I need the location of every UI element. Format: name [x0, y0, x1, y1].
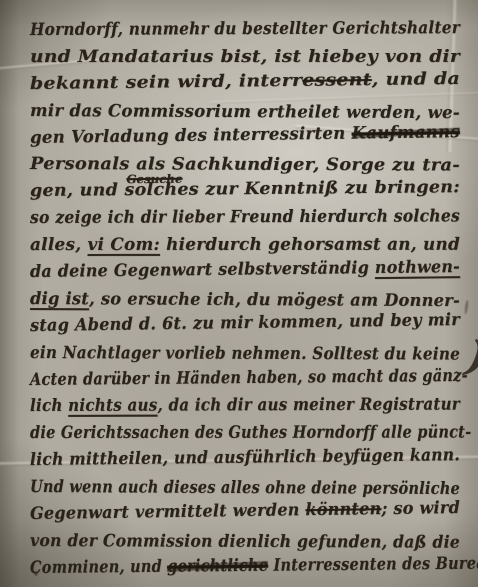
paper-background: Horndorff, nunmehr du bestellter Gericht… — [0, 0, 478, 587]
handwriting-line: Horndorff, nunmehr du bestellter Gericht… — [30, 15, 419, 44]
ink-text: Gegenwart vermittelt werden — [30, 500, 306, 524]
ink-text: ein Nachtlager vorlieb nehmen. Solltest … — [30, 343, 460, 365]
ink-text: Personals als Sachkundiger, Sorge zu tra… — [30, 154, 460, 175]
handwriting-line: lich mittheilen, und ausführlich beyfüge… — [30, 443, 426, 474]
handwriting-line: Gegenwart vermittelt werden könnten; so … — [30, 495, 438, 528]
underlined-text: nichts aus — [68, 396, 157, 416]
ink-text: gen, und — [30, 181, 125, 202]
ink-text: Horndorff, nunmehr du bestellter Gericht… — [30, 18, 460, 40]
ink-text: alles, — [30, 235, 87, 255]
margin-ink-mark: ) — [463, 331, 478, 383]
struck-out-text: gerichtliche — [167, 555, 268, 576]
ink-text: , und da — [372, 69, 460, 90]
ink-speck — [34, 571, 38, 576]
struck-out-text: Kaufmanns — [351, 122, 460, 143]
ink-text: gen Vorladung des interressirten — [30, 123, 352, 147]
ink-text: stag Abend d. 6t. zu mir kommen, und bey… — [30, 310, 460, 336]
ink-text: da deine Gegenwart selbstverständig — [30, 258, 375, 282]
handwriting-lines: Horndorff, nunmehr du bestellter Gericht… — [30, 17, 464, 582]
ink-text: von der Commission dienlich gefunden, da… — [30, 531, 460, 553]
underlined-text: vi Com: — [87, 235, 160, 255]
handwriting-line: gen Vorladung des interressirten Kaufman… — [30, 119, 452, 152]
struck-out-text: essent — [302, 70, 372, 91]
manuscript-photo: Horndorff, nunmehr du bestellter Gericht… — [0, 0, 478, 587]
ink-text: bekannt sein wird, interr — [30, 71, 302, 94]
handwriting-line: lich nichts aus, da ich dir aus meiner R… — [30, 392, 415, 420]
ink-text: die Gerichtssachen des Guthes Horndorff … — [30, 423, 471, 444]
ink-text: Interressenten des Bureau — [268, 553, 478, 575]
handwriting-line: Comminen, und gerichtliche Interressente… — [30, 551, 399, 581]
handwriting-line: stag Abend d. 6t. zu mir kommen, und bey… — [30, 307, 439, 340]
ink-text: lich mittheilen, und ausführlich beyfüge… — [30, 445, 460, 470]
handwriting-line: bekannt sein wird, interressent, und da — [30, 65, 478, 98]
ink-text: , da ich dir aus meiner Registratur — [157, 395, 460, 416]
ink-speck — [464, 300, 469, 314]
handwriting-line: da deine Gegenwart selbstverständig noth… — [30, 254, 435, 286]
handwriting-line: Acten darüber in Händen haben, so macht … — [30, 363, 399, 393]
struck-out-text: könnten — [305, 499, 381, 520]
ink-text: lich — [30, 396, 68, 416]
ink-text: ; so wird — [381, 498, 460, 519]
ink-text: und Mandatarius bist, ist hiebey von dir — [30, 47, 460, 67]
handwriting-line: so zeige ich dir lieber Freund hierdurch… — [30, 204, 426, 232]
ink-text: Acten darüber in Händen haben, so macht … — [30, 365, 468, 389]
handwriting-line: gen, und Gesuchesolches zur Kenntniß zu … — [30, 174, 475, 205]
ink-text: so zeige ich dir lieber Freund hierdurch… — [30, 207, 460, 229]
ink-text: hierdurch gehorsamst an, und — [160, 235, 460, 255]
underlined-text: dig ist — [30, 289, 89, 309]
underlined-text: nothwen- — [375, 257, 460, 278]
ink-text: Comminen, und — [30, 556, 167, 577]
